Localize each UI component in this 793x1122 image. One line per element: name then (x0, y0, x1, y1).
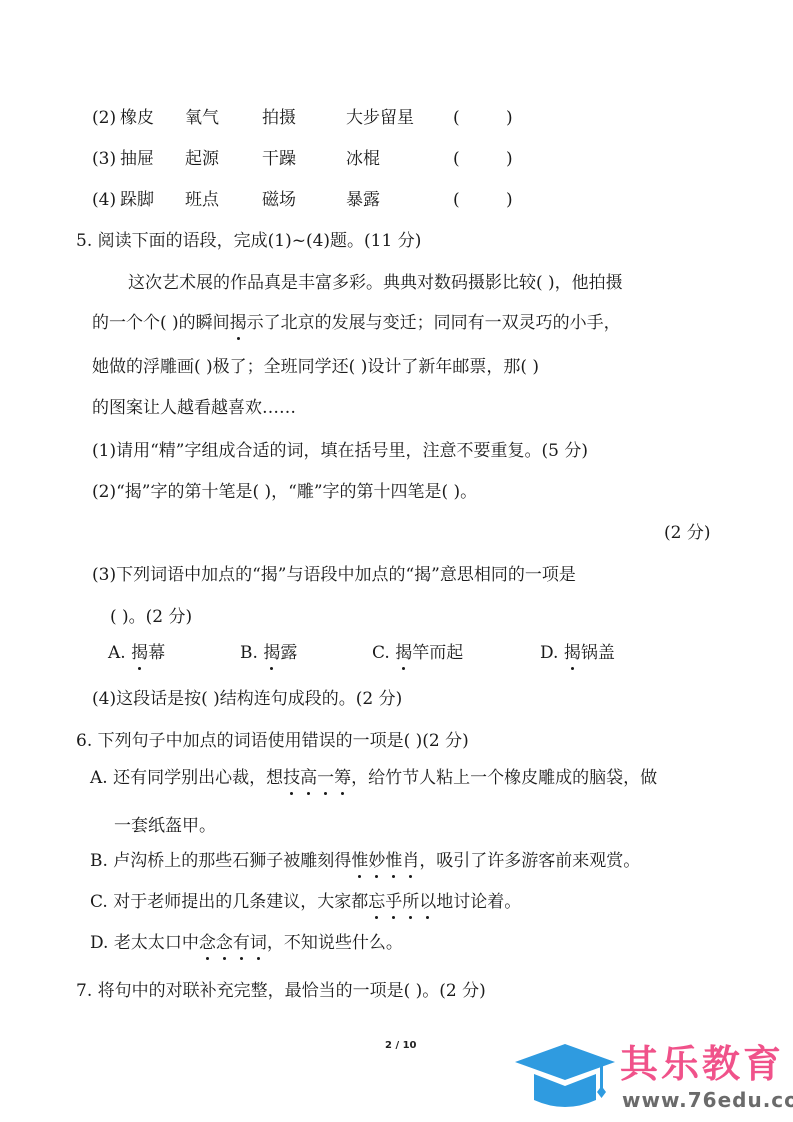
brand-name: 其乐教育 (620, 1042, 784, 1086)
dotted-char: 揭 (131, 642, 148, 664)
graduation-cap-icon (510, 1040, 620, 1120)
brand-logo: 其乐教育 www.76edu.com (510, 1040, 793, 1122)
q4-word: 冰棍 (346, 148, 380, 170)
answer-bracket-open: ( (453, 107, 460, 129)
option-label: B. (240, 643, 258, 663)
dotted-char: 所 (402, 891, 419, 913)
passage-text: 的一个个( )的瞬间 (92, 313, 230, 333)
option-c[interactable]: C. 揭竿而起 (372, 642, 463, 664)
answer-bracket-open: ( (453, 189, 460, 211)
q4-row-num: (3) (92, 148, 116, 170)
passage-text: 示了北京的发展与变迁；同同有一双灵巧的小手， (247, 313, 621, 333)
q4-word: 橡皮 (120, 107, 154, 129)
option-b[interactable]: B. 揭露 (240, 642, 297, 664)
q6-option-a-line-2: 一套纸盔甲。 (114, 815, 216, 837)
q5-passage-line-2: 的一个个( )的瞬间揭示了北京的发展与变迁；同同有一双灵巧的小手， (92, 312, 621, 334)
dotted-char: 妙 (368, 850, 385, 872)
q4-word: 磁场 (262, 189, 296, 211)
q5-title: 5. 阅读下面的语段，完成(1)~(4)题。(11 分) (76, 230, 421, 252)
q5-passage-line-4: 的图案让人越看越喜欢…… (92, 397, 296, 419)
option-text: 竿而起 (412, 643, 463, 663)
q4-word: 大步留星 (346, 107, 414, 129)
dotted-char: 揭 (263, 642, 280, 664)
dotted-char: 一 (317, 767, 334, 789)
dotted-char: 乎 (385, 891, 402, 913)
dotted-char: 技 (283, 767, 300, 789)
dotted-char: 以 (419, 891, 436, 913)
option-d[interactable]: D. 揭锅盖 (540, 642, 615, 664)
dotted-char: 揭 (395, 642, 412, 664)
option-text: B. 卢沟桥上的那些石狮子被雕刻得 (90, 851, 351, 871)
q4-word: 暴露 (346, 189, 380, 211)
page-number: 2 / 10 (385, 1040, 417, 1051)
q4-word: 拍摄 (262, 107, 296, 129)
option-text: 幕 (148, 643, 165, 663)
option-text: D. 老太太口中 (90, 933, 199, 953)
option-a[interactable]: A. 揭幕 (108, 642, 165, 664)
option-label: C. (372, 643, 390, 663)
dotted-char: 惟 (385, 850, 402, 872)
dotted-char: 揭 (564, 642, 581, 664)
option-label: A. (108, 643, 126, 663)
q5-sub1: (1)请用“精”字组成合适的词，填在括号里，注意不要重复。(5 分) (92, 440, 588, 462)
q4-word: 班点 (185, 189, 219, 211)
q7-title: 7. 将句中的对联补充完整，最恰当的一项是( )。(2 分) (76, 980, 486, 1002)
q4-word: 抽屉 (120, 148, 154, 170)
q6-option-d[interactable]: D. 老太太口中念念有词，不知说些什么。 (90, 932, 403, 954)
option-text: 锅盖 (581, 643, 615, 663)
q4-word: 干躁 (262, 148, 296, 170)
option-text: 地讨论着。 (436, 892, 521, 912)
q5-sub2: (2)“揭”字的第十笔是( )，“雕”字的第十四笔是( )。 (92, 481, 477, 503)
q5-sub3-line-1: (3)下列词语中加点的“揭”与语段中加点的“揭”意思相同的一项是 (92, 564, 576, 586)
dotted-char: 念 (199, 932, 216, 954)
answer-bracket-close: ) (506, 189, 513, 211)
option-text: C. 对于老师提出的几条建议，大家都 (90, 892, 368, 912)
dotted-char: 有 (233, 932, 250, 954)
option-text: A. 还有同学别出心裁，想 (90, 768, 283, 788)
q5-sub2-score: (2 分) (664, 522, 710, 544)
q5-sub4: (4)这段话是按( )结构连句成段的。(2 分) (92, 688, 402, 710)
dotted-char: 揭 (230, 312, 247, 334)
answer-bracket-close: ) (506, 148, 513, 170)
dotted-char: 忘 (368, 891, 385, 913)
q5-passage-line-1: 这次艺术展的作品真是丰富多彩。典典对数码摄影比较( )，他拍摄 (128, 272, 623, 294)
q4-word: 氧气 (185, 107, 219, 129)
option-text: 露 (280, 643, 297, 663)
q5-sub3-line-2: ( )。(2 分) (110, 606, 192, 628)
dotted-char: 肖 (402, 850, 419, 872)
q6-title: 6. 下列句子中加点的词语使用错误的一项是( )(2 分) (76, 730, 469, 752)
dotted-char: 惟 (351, 850, 368, 872)
q6-option-a[interactable]: A. 还有同学别出心裁，想技高一筹，给竹节人粘上一个橡皮雕成的脑袋，做 (90, 767, 657, 789)
dotted-char: 高 (300, 767, 317, 789)
q6-option-c[interactable]: C. 对于老师提出的几条建议，大家都忘乎所以地讨论着。 (90, 891, 521, 913)
q6-option-b[interactable]: B. 卢沟桥上的那些石狮子被雕刻得惟妙惟肖，吸引了许多游客前来观赏。 (90, 850, 640, 872)
q4-word: 起源 (185, 148, 219, 170)
q4-row-num: (4) (92, 189, 116, 211)
option-text: ，吸引了许多游客前来观赏。 (419, 851, 640, 871)
q4-word: 跺脚 (120, 189, 154, 211)
q5-passage-line-3: 她做的浮雕画( )极了；全班同学还( )设计了新年邮票，那( ) (92, 356, 539, 378)
dotted-char: 词 (250, 932, 267, 954)
brand-url: www.76edu.com (622, 1088, 793, 1112)
answer-bracket-close: ) (506, 107, 513, 129)
dotted-char: 筹 (334, 767, 351, 789)
option-text: ，给竹节人粘上一个橡皮雕成的脑袋，做 (351, 768, 657, 788)
q4-row-num: (2) (92, 107, 116, 129)
option-label: D. (540, 643, 558, 663)
option-text: ，不知说些什么。 (267, 933, 403, 953)
answer-bracket-open: ( (453, 148, 460, 170)
dotted-char: 念 (216, 932, 233, 954)
